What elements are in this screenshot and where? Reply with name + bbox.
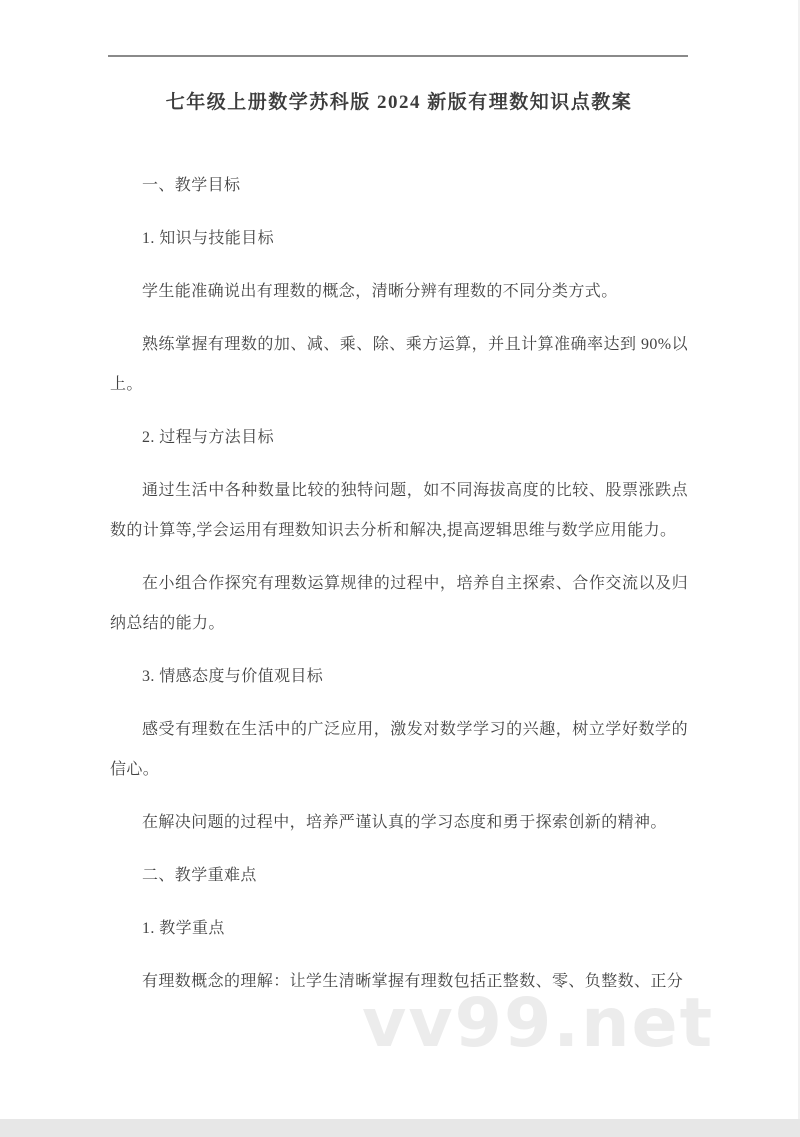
- section-heading: 二、教学重难点: [110, 856, 688, 896]
- document-page: 七年级上册数学苏科版 2024 新版有理数知识点教案 一、教学目标 1. 知识与…: [0, 0, 800, 1119]
- page-bottom-edge: [0, 1119, 800, 1137]
- document-viewport: 七年级上册数学苏科版 2024 新版有理数知识点教案 一、教学目标 1. 知识与…: [0, 0, 800, 1137]
- sub-heading: 1. 教学重点: [110, 909, 688, 949]
- section-heading: 一、教学目标: [110, 166, 688, 206]
- paragraph: 在解决问题的过程中，培养严谨认真的学习态度和勇于探索创新的精神。: [110, 803, 688, 843]
- document-body: 一、教学目标 1. 知识与技能目标 学生能准确说出有理数的概念，清晰分辨有理数的…: [110, 166, 688, 1002]
- paragraph: 熟练掌握有理数的加、减、乘、除、乘方运算，并且计算准确率达到 90%以上。: [110, 325, 688, 405]
- document-title: 七年级上册数学苏科版 2024 新版有理数知识点教案: [0, 0, 798, 116]
- sub-heading: 1. 知识与技能目标: [110, 219, 688, 259]
- sub-heading: 2. 过程与方法目标: [110, 418, 688, 458]
- paragraph: 有理数概念的理解：让学生清晰掌握有理数包括正整数、零、负整数、正分: [110, 962, 688, 1002]
- paragraph: 感受有理数在生活中的广泛应用，激发对数学学习的兴趣，树立学好数学的信心。: [110, 710, 688, 790]
- paragraph: 在小组合作探究有理数运算规律的过程中，培养自主探索、合作交流以及归纳总结的能力。: [110, 564, 688, 644]
- page-header-rule: [108, 55, 688, 57]
- paragraph: 通过生活中各种数量比较的独特问题，如不同海拔高度的比较、股票涨跌点数的计算等,学…: [110, 471, 688, 551]
- paragraph: 学生能准确说出有理数的概念，清晰分辨有理数的不同分类方式。: [110, 272, 688, 312]
- sub-heading: 3. 情感态度与价值观目标: [110, 657, 688, 697]
